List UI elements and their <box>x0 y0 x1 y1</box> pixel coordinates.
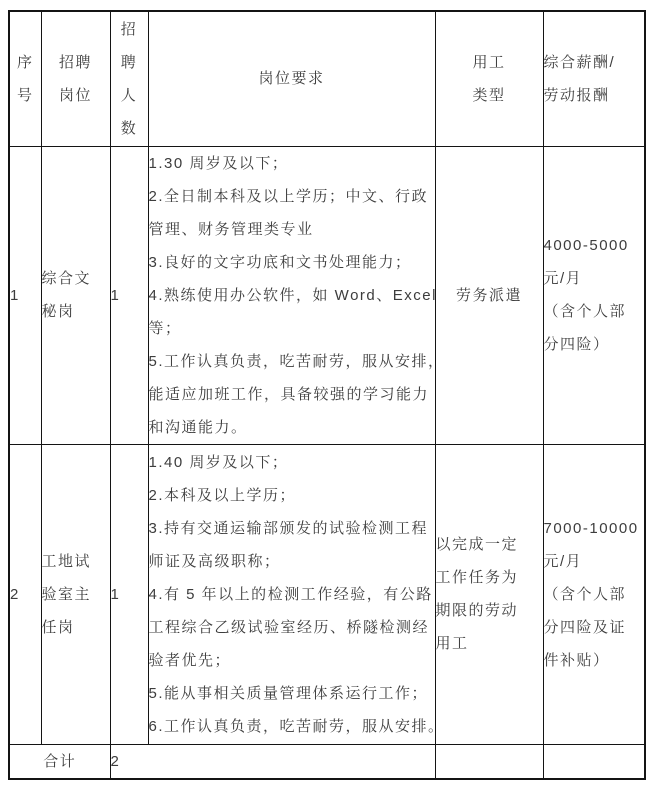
cell-position: 综合文秘岗 <box>41 146 110 444</box>
headcount-value: 1 <box>111 279 148 312</box>
table-header-row: 序号 招聘岗位 招聘人数 岗位要求 用工类型 综合薪酬/劳动报酬 <box>9 11 645 146</box>
total-headcount-value: 2 <box>111 745 435 778</box>
cell-salary: 7000-10000元/月（含个人部分四险及证件补贴） <box>543 444 645 744</box>
total-headcount-cell: 2 <box>110 744 435 779</box>
col-header-work-type: 用工类型 <box>435 11 543 146</box>
total-label-cell: 合计 <box>9 744 110 779</box>
seq-value: 1 <box>10 279 41 312</box>
seq-value: 2 <box>10 578 41 611</box>
cell-work-type: 以完成一定工作任务为期限的劳动用工 <box>435 444 543 744</box>
col-header-seq: 序号 <box>9 11 41 146</box>
total-empty-salary-cell <box>543 744 645 779</box>
table-row: 1 综合文秘岗 1 1.30 周岁及以下；2.全日制本科及以上学历；中文、行政管… <box>9 146 645 444</box>
cell-work-type: 劳务派遣 <box>435 146 543 444</box>
cell-seq: 2 <box>9 444 41 744</box>
cell-headcount: 1 <box>110 146 148 444</box>
col-header-position: 招聘岗位 <box>41 11 110 146</box>
headcount-value: 1 <box>111 578 148 611</box>
total-empty-worktype-cell <box>435 744 543 779</box>
col-header-headcount: 招聘人数 <box>110 11 148 146</box>
table-total-row: 合计 2 <box>9 744 645 779</box>
table-row: 2 工地试验室主任岗 1 1.40 周岁及以下；2.本科及以上学历；3.持有交通… <box>9 444 645 744</box>
cell-requirements: 1.30 周岁及以下；2.全日制本科及以上学历；中文、行政管理、财务管理类专业3… <box>148 146 435 444</box>
cell-salary: 4000-5000元/月（含个人部分四险） <box>543 146 645 444</box>
col-header-salary: 综合薪酬/劳动报酬 <box>543 11 645 146</box>
recruitment-table: 序号 招聘岗位 招聘人数 岗位要求 用工类型 综合薪酬/劳动报酬 1 综合文秘岗… <box>8 10 646 780</box>
cell-headcount: 1 <box>110 444 148 744</box>
total-label: 合计 <box>10 745 110 778</box>
document-page: 序号 招聘岗位 招聘人数 岗位要求 用工类型 综合薪酬/劳动报酬 1 综合文秘岗… <box>0 0 650 789</box>
col-header-requirements: 岗位要求 <box>148 11 435 146</box>
cell-seq: 1 <box>9 146 41 444</box>
cell-position: 工地试验室主任岗 <box>41 444 110 744</box>
cell-requirements: 1.40 周岁及以下；2.本科及以上学历；3.持有交通运输部颁发的试验检测工程师… <box>148 444 435 744</box>
